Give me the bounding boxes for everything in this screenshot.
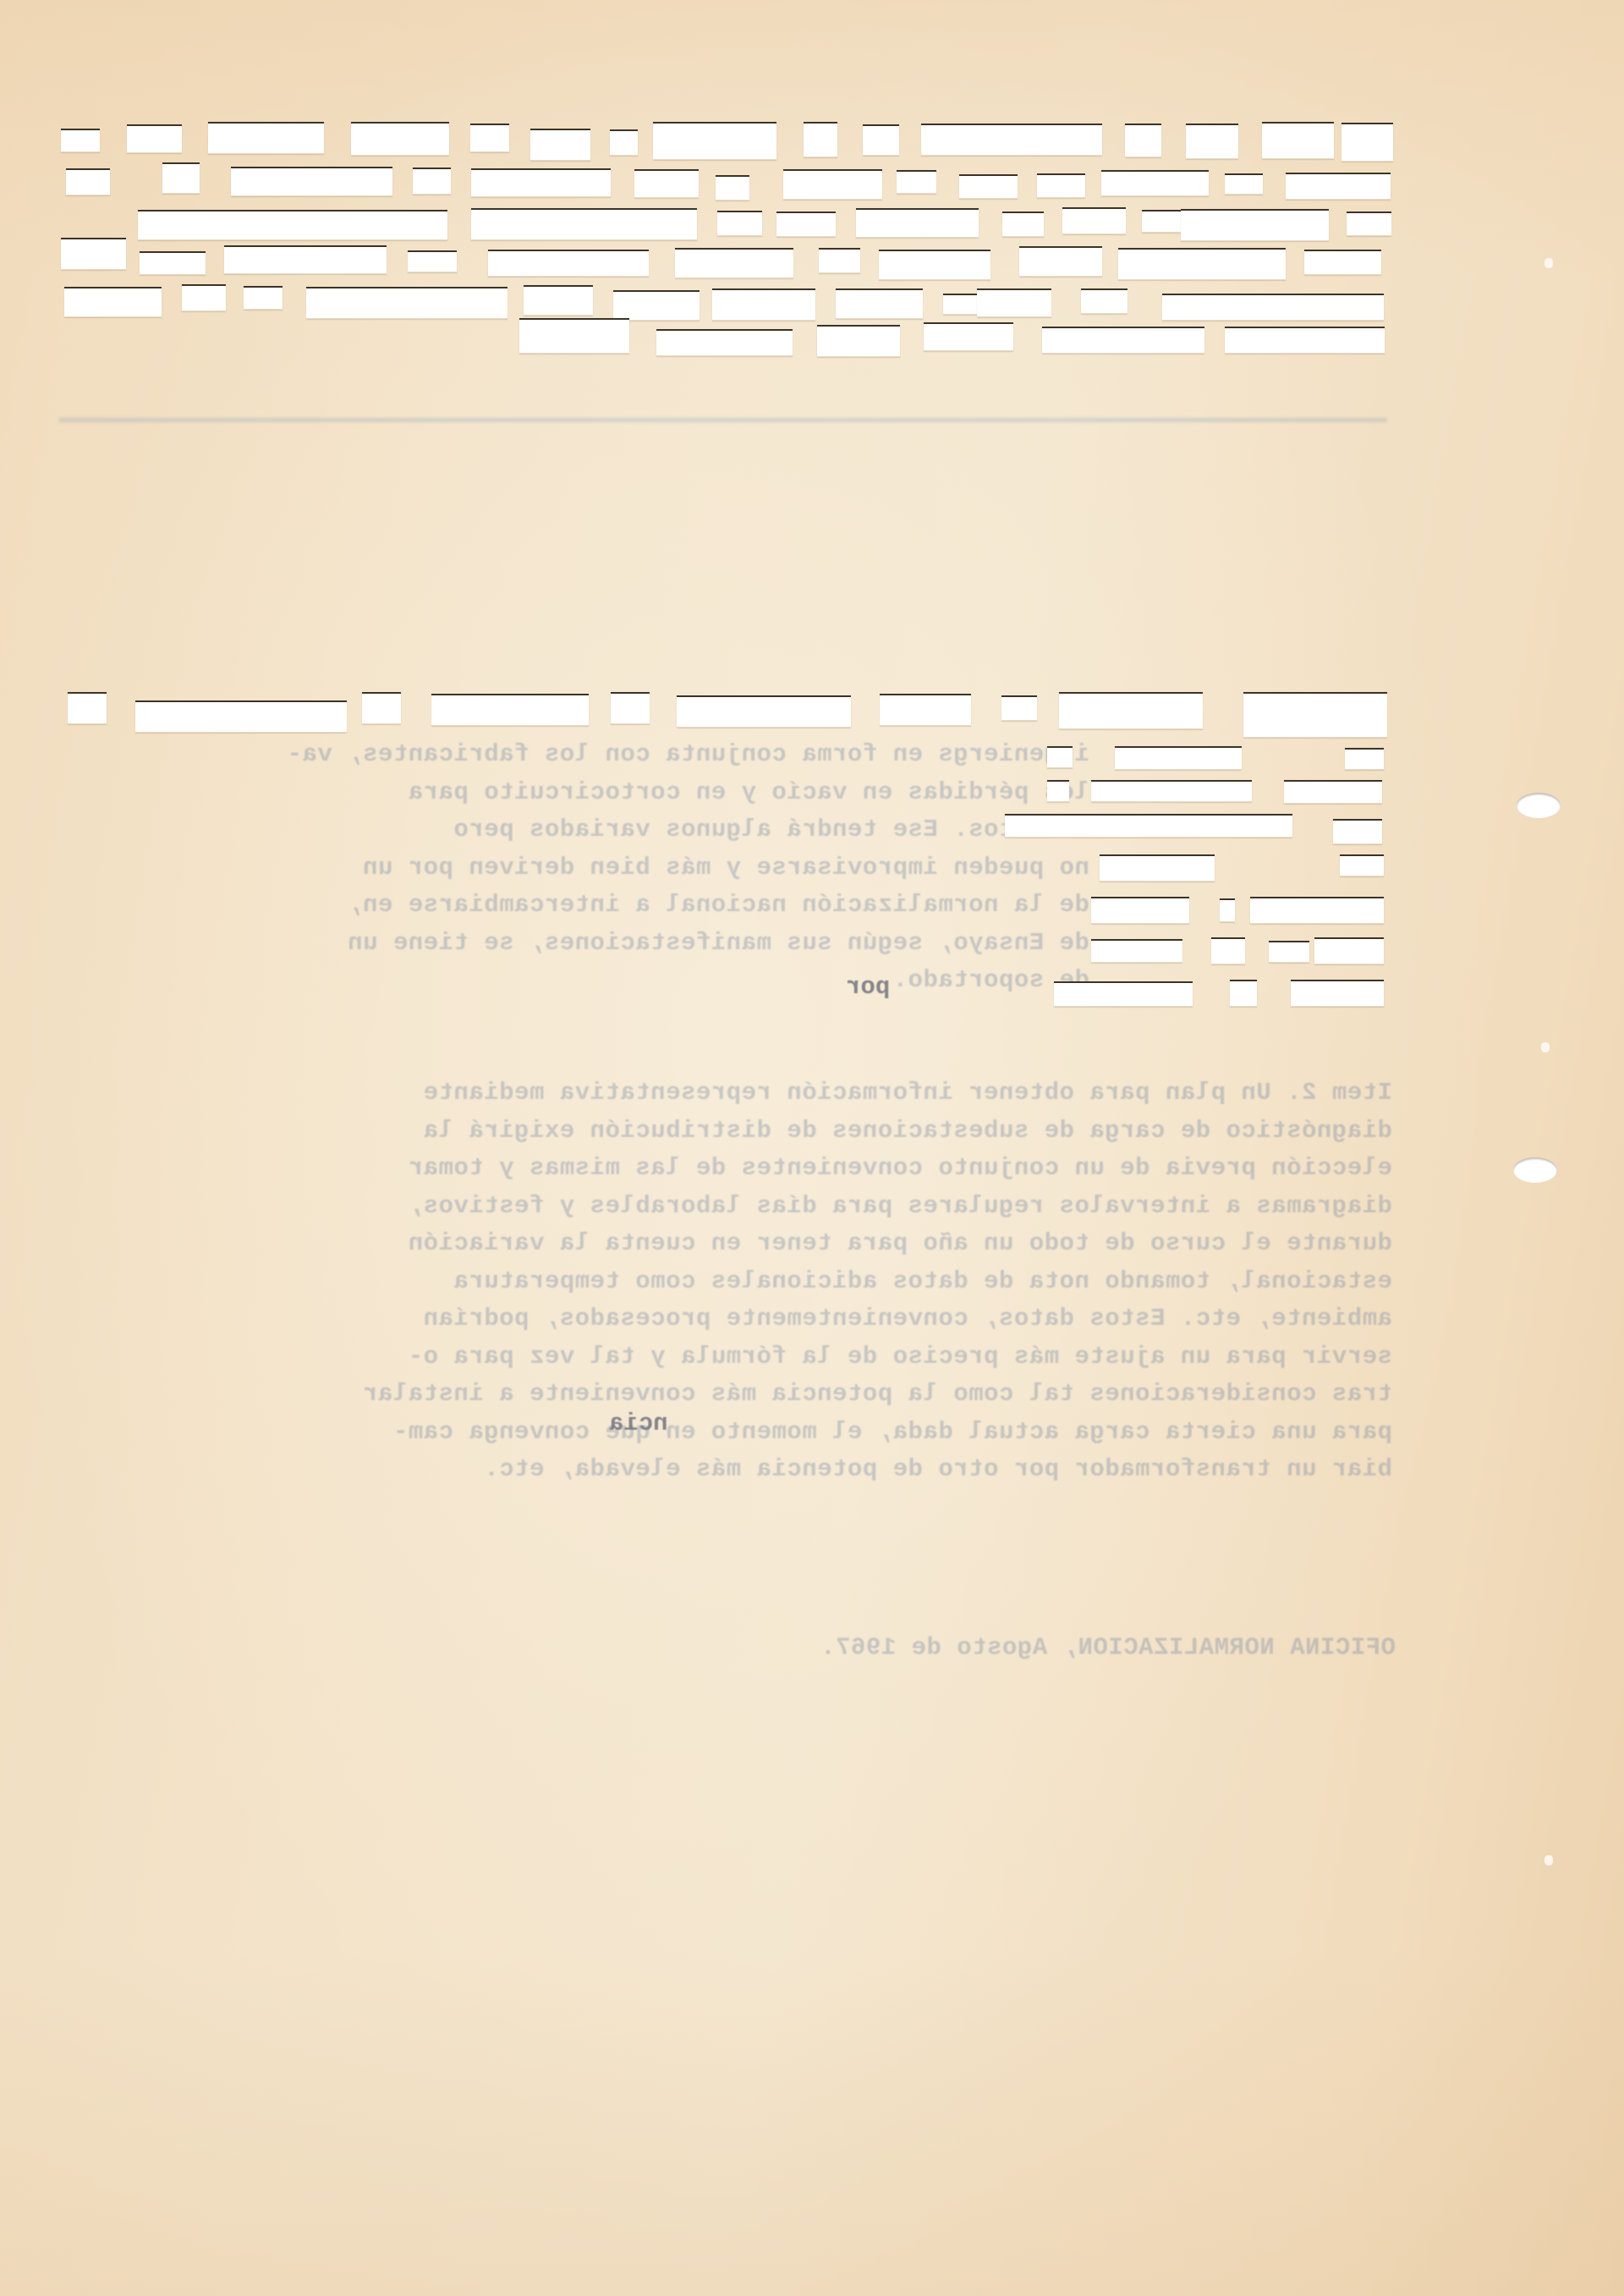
cutout-hole (351, 122, 449, 156)
cutout-hole (1091, 780, 1252, 802)
cutout-hole (879, 250, 990, 280)
cutout-hole (863, 124, 899, 156)
cutout-hole (1333, 819, 1382, 844)
cutout-hole (1291, 980, 1384, 1007)
cutout-hole (1081, 288, 1127, 314)
cutout-hole (1162, 294, 1384, 321)
cutout-hole (408, 250, 457, 272)
cutout-hole (613, 290, 700, 321)
cutout-hole (162, 162, 200, 194)
cutout-hole (959, 174, 1018, 199)
cutout-hole (1286, 173, 1391, 200)
cutout-hole (1225, 173, 1263, 195)
paper-nick (1544, 1855, 1553, 1865)
paper-nick (1544, 258, 1553, 268)
cutout-hole (836, 288, 923, 319)
cutout-hole (1347, 211, 1391, 236)
cutout-hole (1005, 814, 1292, 838)
cutout-hole (675, 248, 793, 278)
cutout-hole (1269, 941, 1309, 963)
cutout-hole (61, 129, 100, 152)
cutout-hole (488, 250, 649, 277)
cutout-hole (1100, 854, 1215, 882)
cutout-hole (1125, 124, 1161, 157)
cutout-hole (677, 695, 851, 728)
cutout-hole (1101, 170, 1209, 196)
cutout-hole (362, 692, 401, 724)
cutout-hole (804, 122, 837, 157)
cutout-hole (653, 122, 776, 160)
cutout-hole (880, 694, 971, 726)
cutout-hole (530, 129, 590, 161)
cutout-hole (611, 692, 650, 724)
cutout-hole (1250, 897, 1384, 924)
cutout-hole (924, 322, 1013, 351)
cutout-hole (306, 287, 507, 319)
cutout-hole (64, 287, 162, 317)
cutout-hole (1340, 854, 1384, 876)
cutout-hole (1118, 248, 1286, 280)
cutout-hole (524, 285, 593, 316)
cutout-hole (138, 210, 447, 240)
cutout-hole (1091, 897, 1189, 924)
cutout-hole (712, 288, 815, 321)
cutout-hole (1002, 211, 1044, 237)
cutout-hole (1019, 246, 1102, 277)
cutout-hole (135, 700, 347, 733)
cutout-hole (783, 169, 882, 200)
cutout-hole (208, 122, 324, 154)
cutout-hole (817, 325, 900, 357)
cutout-hole (470, 124, 509, 152)
cutout-hole (1243, 692, 1387, 738)
cutout-hole (717, 211, 762, 236)
cutout-hole (921, 124, 1102, 156)
cutout-hole (1115, 746, 1242, 770)
cutout-hole (1181, 209, 1329, 241)
cutout-hole (244, 286, 283, 310)
cutout-hole (519, 318, 629, 354)
cutout-hole (413, 168, 451, 195)
cutout-hole (1042, 327, 1204, 354)
cutout-hole (716, 175, 749, 200)
cutout-hole (776, 211, 836, 237)
cutout-hole (68, 692, 107, 724)
cutout-hole (1225, 327, 1385, 354)
cutout-hole (1059, 692, 1203, 729)
cutout-hole (1142, 210, 1181, 233)
cutout-hole (1284, 780, 1382, 804)
cutout-hole (819, 248, 860, 273)
cutout-hole (656, 329, 793, 356)
paper-nick (1541, 1042, 1550, 1052)
cutout-redactions (0, 0, 1624, 2296)
cutout-hole (182, 284, 226, 311)
cutout-hole (1345, 748, 1384, 770)
cutout-hole (1047, 746, 1073, 768)
cutout-hole (231, 167, 392, 196)
cutout-hole (1304, 250, 1381, 275)
cutout-hole (471, 208, 697, 240)
cutout-hole (1037, 173, 1085, 198)
cutout-hole (140, 251, 206, 275)
cutout-hole (1220, 898, 1235, 922)
cutout-hole (61, 238, 126, 270)
cutout-hole (1314, 937, 1384, 964)
cutout-hole (66, 168, 110, 195)
punch-hole-upper (1517, 793, 1561, 818)
cutout-hole (224, 245, 387, 274)
cutout-hole (1001, 695, 1037, 721)
cutout-hole (634, 169, 699, 198)
cutout-hole (1047, 780, 1069, 802)
cutout-hole (1054, 981, 1193, 1007)
cutout-hole (977, 288, 1051, 317)
cutout-hole (1062, 207, 1126, 234)
cutout-hole (1230, 980, 1257, 1007)
cutout-hole (431, 694, 589, 726)
cutout-hole (1341, 123, 1393, 162)
cutout-hole (471, 168, 611, 197)
punch-hole-lower (1513, 1157, 1557, 1183)
cutout-hole (1262, 122, 1334, 159)
cutout-hole (1186, 124, 1238, 159)
cutout-hole (897, 170, 936, 194)
cutout-hole (1211, 937, 1245, 964)
cutout-hole (1091, 939, 1182, 963)
cutout-hole (610, 129, 638, 156)
cutout-hole (127, 124, 182, 153)
cutout-hole (856, 208, 979, 238)
